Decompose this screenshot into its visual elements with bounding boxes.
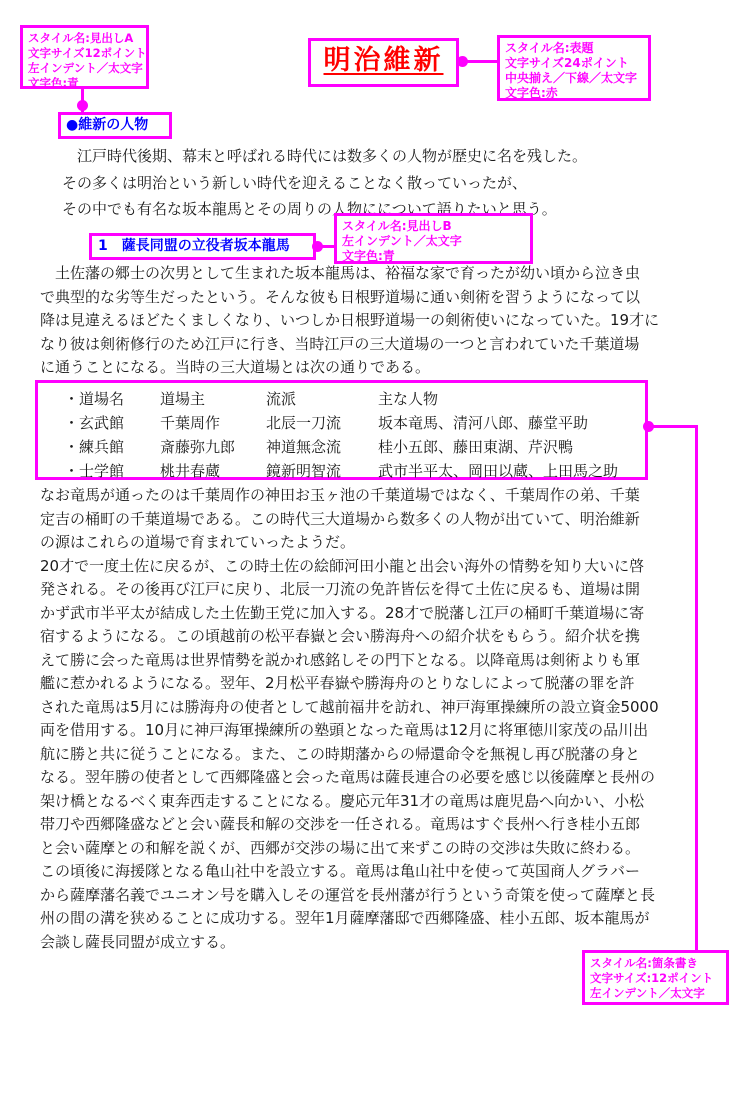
- body-line: 宿するようになる。この頃越前の松平春嶽と会い勝海舟への紹介状をもらう。紹介状を携: [40, 625, 720, 649]
- style-annotation-line: 文字サイズ24ポイント: [505, 56, 643, 71]
- body-line: 州の間の溝を狭めることに成功する。翌年1月薩摩藩邸で西郷隆盛、桂小五郎、坂本龍馬…: [40, 907, 720, 931]
- body-line: の源はこれらの道場で育まれていったようだ。: [40, 531, 720, 555]
- style-callout-heading-a: スタイル名:見出しA文字サイズ12ポイント左インデント／太文字文字色:青: [20, 25, 149, 89]
- body-line: なり彼は剣術修行のため江戸に行き、当時江戸の三大道場の一つと言われていた千葉道場: [40, 333, 720, 357]
- body-line: から薩摩藩名義でユニオン号を購入しその運営を長州藩が行うという奇策を使って薩摩と…: [40, 884, 720, 908]
- body-line: された竜馬は5月には勝海舟の使者として越前福井を訪れ、神戸海軍操練所の設立資金5…: [40, 696, 720, 720]
- dojo-cell-people: 桂小五郎、藤田東湖、芹沢鴨: [378, 435, 645, 459]
- body-line: かず武市半平太が結成した土佐勤王党に加入する。28才で脱藩し江戸の桶町千葉道場に…: [40, 602, 720, 626]
- dojo-cell-name: ・士学館: [64, 459, 160, 483]
- dojo-cell-master: 桃井春蔵: [160, 459, 266, 483]
- body-paragraph: なお竜馬が通ったのは千葉周作の神田お玉ヶ池の千葉道場ではなく、千葉周作の弟、千葉…: [40, 484, 720, 954]
- section-heading-box: ●維新の人物: [58, 112, 172, 139]
- body-line: 航に勝と共に従うことになる。また、この時期藩からの帰還命令を無視し再び脱藩の身と: [40, 743, 720, 767]
- body-line: で典型的な劣等生だったという。そんな彼も日根野道場に通い剣術を習うようになって以: [40, 286, 720, 310]
- dojo-table-row: ・玄武館 千葉周作 北辰一刀流 坂本竜馬、清河八郎、藤堂平助: [64, 411, 645, 435]
- connector-dot: [77, 100, 88, 111]
- style-callout-bullet: スタイル名:箇条書き文字サイズ:12ポイント左インデント／太文字: [582, 950, 729, 1005]
- body-line: なる。翌年勝の使者として西郷隆盛と会った竜馬は薩長連合の必要を感じ以後薩摩と長州…: [40, 766, 720, 790]
- style-annotation-line: 左インデント／太文字: [590, 986, 721, 1001]
- dojo-table-row: ・練兵館 斎藤弥九郎 神道無念流 桂小五郎、藤田東湖、芹沢鴨: [64, 435, 645, 459]
- style-annotation-line: スタイル名:表題: [505, 41, 643, 56]
- style-annotation-line: 文字サイズ12ポイント: [28, 46, 141, 61]
- style-annotation-line: 左インデント／太文字: [28, 61, 141, 76]
- chapter-heading: 1 薩長同盟の立役者坂本龍馬: [98, 237, 307, 256]
- dojo-cell-master: 斎藤弥九郎: [160, 435, 266, 459]
- dojo-cell-people: 主な人物: [378, 387, 645, 411]
- dojo-cell-people: 坂本竜馬、清河八郎、藤堂平助: [378, 411, 645, 435]
- dojo-cell-style: 流派: [266, 387, 378, 411]
- dojo-cell-style: 神道無念流: [266, 435, 378, 459]
- body-line: えて勝に会った竜馬は世界情勢を説かれ感銘しその門下となる。以降竜馬は剣術よりも軍: [40, 649, 720, 673]
- dojo-cell-name: ・練兵館: [64, 435, 160, 459]
- style-callout-title: スタイル名:表題文字サイズ24ポイント中央揃え／下線／太文字文字色:赤: [497, 35, 651, 101]
- dojo-table-row: ・士学館 桃井春蔵 鏡新明智流 武市半平太、岡田以蔵、上田馬之助: [64, 459, 645, 483]
- body-line: と会い薩摩との和解を説くが、西郷が交渉の場に出て来ずこの時の交渉は失敗に終わる。: [40, 837, 720, 861]
- body-line: 艦に惹かれるようになる。翌年、2月松平春嶽や勝海舟のとりなしによって脱藩の罪を許: [40, 672, 720, 696]
- dojo-cell-people: 武市半平太、岡田以蔵、上田馬之助: [378, 459, 645, 483]
- dojo-cell-master: 道場主: [160, 387, 266, 411]
- dojo-cell-style: 北辰一刀流: [266, 411, 378, 435]
- body-line: に通うことになる。当時の三大道場とは次の通りである。: [40, 356, 720, 380]
- style-annotation-line: 文字色:赤: [505, 86, 643, 101]
- dojo-cell-name: ・道場名: [64, 387, 160, 411]
- dojo-cell-name: ・玄武館: [64, 411, 160, 435]
- style-annotation-line: 文字サイズ:12ポイント: [590, 971, 721, 986]
- connector-line: [647, 425, 698, 428]
- body-line: 定吉の桶町の千葉道場である。この時代三大道場から数多くの人物が出ていて、明治維新: [40, 508, 720, 532]
- body-line: 帯刀や西郷隆盛などと会い薩長和解の交渉を一任される。竜馬はすぐ長州へ行き桂小五郎: [40, 813, 720, 837]
- body-line: 架け橋となるべく東奔西走することになる。慶応元年31才の竜馬は鹿児島へ向かい、小…: [40, 790, 720, 814]
- body-line: 土佐藩の郷士の次男として生まれた坂本龍馬は、裕福な家で育ったが幼い頃から泣き虫: [40, 262, 720, 286]
- chapter-heading-box: 1 薩長同盟の立役者坂本龍馬: [89, 233, 316, 260]
- dojo-cell-master: 千葉周作: [160, 411, 266, 435]
- style-annotation-line: スタイル名:箇条書き: [590, 956, 721, 971]
- dojo-cell-style: 鏡新明智流: [266, 459, 378, 483]
- dojo-table: ・道場名 道場主 流派 主な人物 ・玄武館 千葉周作 北辰一刀流 坂本竜馬、清河…: [35, 380, 648, 480]
- dojo-table-row: ・道場名 道場主 流派 主な人物: [64, 387, 645, 411]
- connector-dot: [643, 421, 654, 432]
- style-annotation-line: 中央揃え／下線／太文字: [505, 71, 643, 86]
- intro-line: その多くは明治という新しい時代を迎えることなく散っていったが、: [62, 170, 712, 197]
- connector-dot: [457, 56, 468, 67]
- document-page: スタイル名:見出しA文字サイズ12ポイント左インデント／太文字文字色:青 ●維新…: [0, 0, 755, 1100]
- title-box: 明治維新: [308, 38, 459, 87]
- body-line: 両を借用する。10月に神戸海軍操練所の塾頭となった竜馬は12月に将軍徳川家茂の品…: [40, 719, 720, 743]
- intro-paragraph: 江戸時代後期、幕末と呼ばれる時代には数多くの人物が歴史に名を残した。その多くは明…: [62, 143, 712, 223]
- connector-dot: [312, 241, 323, 252]
- body-line: なお竜馬が通ったのは千葉周作の神田お玉ヶ池の千葉道場ではなく、千葉周作の弟、千葉: [40, 484, 720, 508]
- document-title: 明治維新: [311, 41, 456, 81]
- style-annotation-line: スタイル名:見出しA: [28, 31, 141, 46]
- chapter-paragraph: 土佐藩の郷士の次男として生まれた坂本龍馬は、裕福な家で育ったが幼い頃から泣き虫で…: [40, 262, 720, 380]
- intro-line: 江戸時代後期、幕末と呼ばれる時代には数多くの人物が歴史に名を残した。: [62, 143, 712, 170]
- style-annotation-line: 左インデント／太文字: [342, 234, 525, 249]
- body-line: 降は見違えるほどたくましくなり、いつしか日根野道場一の剣術使いになっていた。19…: [40, 309, 720, 333]
- style-annotation-line: 文字色:青: [28, 76, 141, 91]
- body-line: 20才で一度土佐に戻るが、この時土佐の絵師河田小龍と出会い海外の情勢を知り大いに…: [40, 555, 720, 579]
- body-line: この頃後に海援隊となる亀山社中を設立する。竜馬は亀山社中を使って英国商人グラバー: [40, 860, 720, 884]
- style-callout-heading-b: スタイル名:見出しB左インデント／太文字文字色:青: [334, 213, 533, 264]
- section-heading: ●維新の人物: [66, 116, 164, 135]
- style-annotation-line: スタイル名:見出しB: [342, 219, 525, 234]
- body-line: 発される。その後再び江戸に戻り、北辰一刀流の免許皆伝を得て土佐に戻るも、道場は開: [40, 578, 720, 602]
